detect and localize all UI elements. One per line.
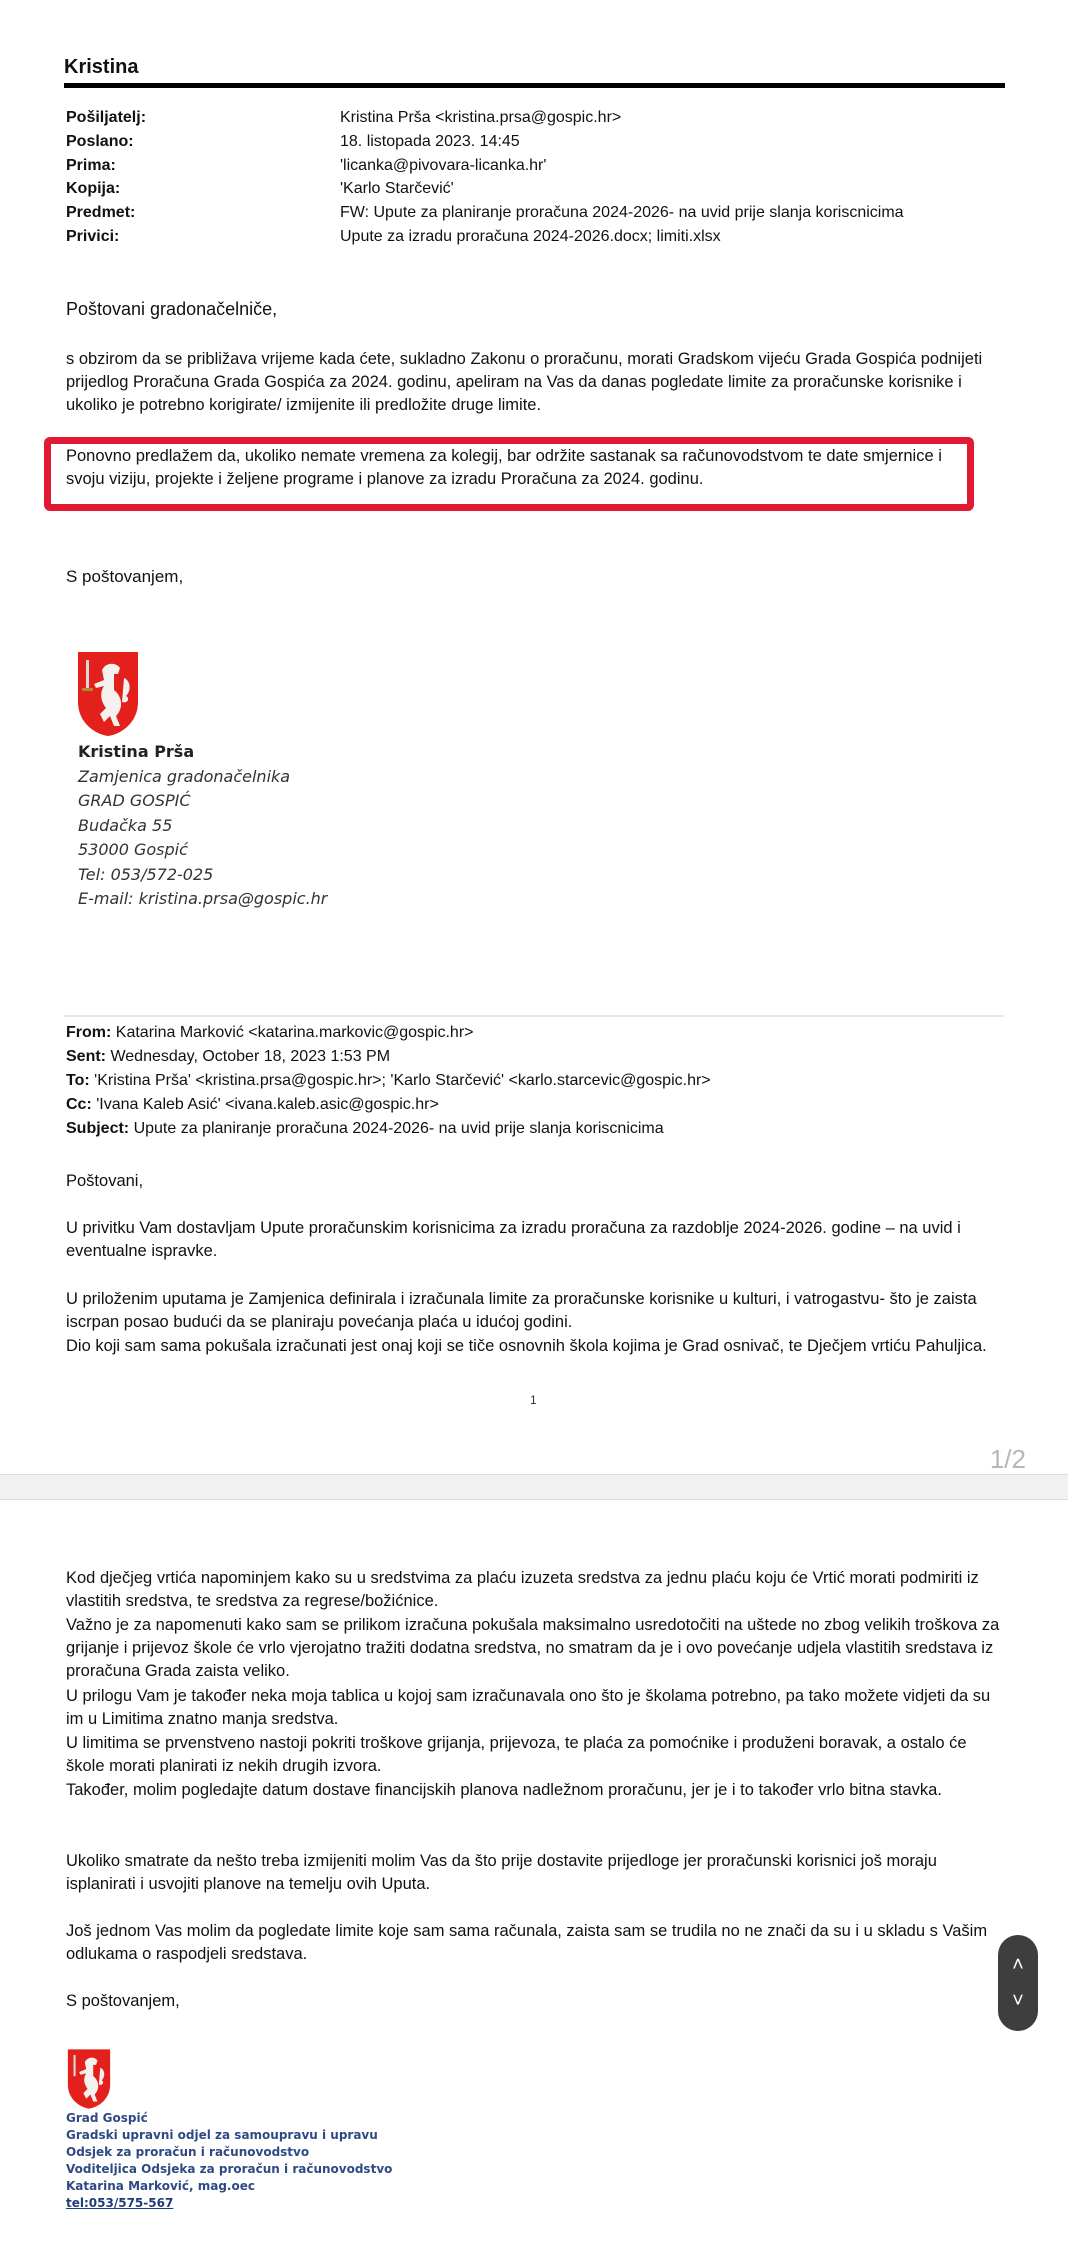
forward-paragraph: Kod dječjeg vrtića napominjem kako su u … <box>66 1567 1006 1613</box>
signature-line: Odsjek za proračun i računovodstvo <box>66 2144 392 2161</box>
page-separator <box>0 1474 1068 1500</box>
header-label-cc: Kopija: <box>66 180 120 198</box>
header-value-sent: 18. listopada 2023. 14:45 <box>340 133 520 151</box>
forward-to: To: 'Kristina Prša' <kristina.prsa@gospi… <box>66 1072 711 1090</box>
forward-from-label: From: <box>66 1024 111 1041</box>
signature-line: Budačka 55 <box>78 814 327 839</box>
forward-sent-value: Wednesday, October 18, 2023 1:53 PM <box>110 1048 390 1065</box>
signature-block-1: Kristina Prša Zamjenica gradonačelnika G… <box>78 740 327 912</box>
forward-paragraph: U prilogu Vam je također neka moja tabli… <box>66 1685 1006 1731</box>
page-indicator: 1/2 <box>990 1444 1026 1475</box>
signature-line: Katarina Marković, mag.oec <box>66 2178 392 2195</box>
header-label-sender: Pošiljatelj: <box>66 109 146 127</box>
header-label-sent: Poslano: <box>66 133 134 151</box>
gospic-crest-icon <box>76 650 140 738</box>
forward-to-value: 'Kristina Prša' <kristina.prsa@gospic.hr… <box>94 1072 711 1089</box>
signature-line: Voditeljica Odsjeka za proračun i računo… <box>66 2161 392 2178</box>
header-value-sender: Kristina Prša <kristina.prsa@gospic.hr> <box>340 109 621 127</box>
forward-paragraph: Još jednom Vas molim da pogledate limite… <box>66 1920 1006 1966</box>
forward-cc: Cc: 'Ivana Kaleb Asić' <ivana.kaleb.asic… <box>66 1096 439 1114</box>
forward-paragraph: Ukoliko smatrate da nešto treba izmijeni… <box>66 1850 1006 1896</box>
signature-line: E-mail: kristina.prsa@gospic.hr <box>78 887 327 912</box>
forward-cc-label: Cc: <box>66 1096 92 1113</box>
forward-sent-label: Sent: <box>66 1048 106 1065</box>
page-navigation-control: ˄ ˅ <box>998 1935 1038 2031</box>
signature-line: 53000 Gospić <box>78 838 327 863</box>
forward-greeting: Poštovani, <box>66 1170 1006 1193</box>
chevron-down-icon[interactable]: ˅ <box>998 1986 1038 2016</box>
signature-name: Kristina Prša <box>78 740 327 765</box>
forward-divider <box>64 1015 1004 1017</box>
header-value-subject: FW: Upute za planiranje proračuna 2024-2… <box>340 204 904 222</box>
header-label-to: Prima: <box>66 157 116 175</box>
forward-sent: Sent: Wednesday, October 18, 2023 1:53 P… <box>66 1048 390 1066</box>
closing: S poštovanjem, <box>66 565 1006 588</box>
forward-paragraph: U limitima se prvenstveno nastoji pokrit… <box>66 1732 1006 1778</box>
forward-subject-label: Subject: <box>66 1120 129 1137</box>
signature-line: Zamjenica gradonačelnika <box>78 765 327 790</box>
forward-to-label: To: <box>66 1072 90 1089</box>
signature-block-2: Grad Gospić Gradski upravni odjel za sam… <box>66 2110 392 2212</box>
message-paragraph-1: s obzirom da se približava vrijeme kada … <box>66 348 1006 417</box>
signature-line: Gradski upravni odjel za samoupravu i up… <box>66 2127 392 2144</box>
header-value-cc: 'Karlo Starčević' <box>340 180 454 198</box>
header-label-attachments: Privici: <box>66 228 119 246</box>
signature-line: GRAD GOSPIĆ <box>78 789 327 814</box>
highlighted-paragraph: Ponovno predlažem da, ukoliko nemate vre… <box>66 445 976 491</box>
signature-line: Tel: 053/572-025 <box>78 863 327 888</box>
header-value-attachments[interactable]: Upute za izradu proračuna 2024-2026.docx… <box>340 228 721 246</box>
forward-from-value: Katarina Marković <katarina.markovic@gos… <box>116 1024 474 1041</box>
header-value-to: 'licanka@pivovara-licanka.hr' <box>340 157 546 175</box>
forward-paragraph: Važno je za napomenuti kako sam se prili… <box>66 1614 1006 1683</box>
forward-closing: S poštovanjem, <box>66 1990 1006 2013</box>
phone-link[interactable]: tel:053/575-567 <box>66 2196 173 2210</box>
page-footer-number: 1 <box>530 1393 537 1407</box>
pdf-page-1: Kristina Pošiljatelj: Kristina Prša <kri… <box>0 0 1068 1474</box>
header-label-subject: Predmet: <box>66 204 135 222</box>
forward-paragraph: Dio koji sam sama pokušala izračunati je… <box>66 1335 1006 1358</box>
chevron-up-icon[interactable]: ˄ <box>998 1950 1038 1980</box>
forward-subject: Subject: Upute za planiranje proračuna 2… <box>66 1120 664 1138</box>
forward-paragraph: U priloženim uputama je Zamjenica defini… <box>66 1288 1006 1334</box>
forward-subject-value: Upute za planiranje proračuna 2024-2026-… <box>134 1120 664 1137</box>
signature-line: Grad Gospić <box>66 2110 392 2127</box>
mailbox-owner-name: Kristina <box>64 56 138 79</box>
forward-paragraph: U privitku Vam dostavljam Upute proračun… <box>66 1217 1006 1263</box>
forward-paragraph: Također, molim pogledajte datum dostave … <box>66 1779 1006 1802</box>
gospic-crest-icon <box>66 2048 112 2110</box>
forward-from: From: Katarina Marković <katarina.markov… <box>66 1024 474 1042</box>
greeting: Poštovani gradonačelniče, <box>66 298 1006 321</box>
header-divider <box>64 83 1005 88</box>
forward-cc-value: 'Ivana Kaleb Asić' <ivana.kaleb.asic@gos… <box>96 1096 439 1113</box>
